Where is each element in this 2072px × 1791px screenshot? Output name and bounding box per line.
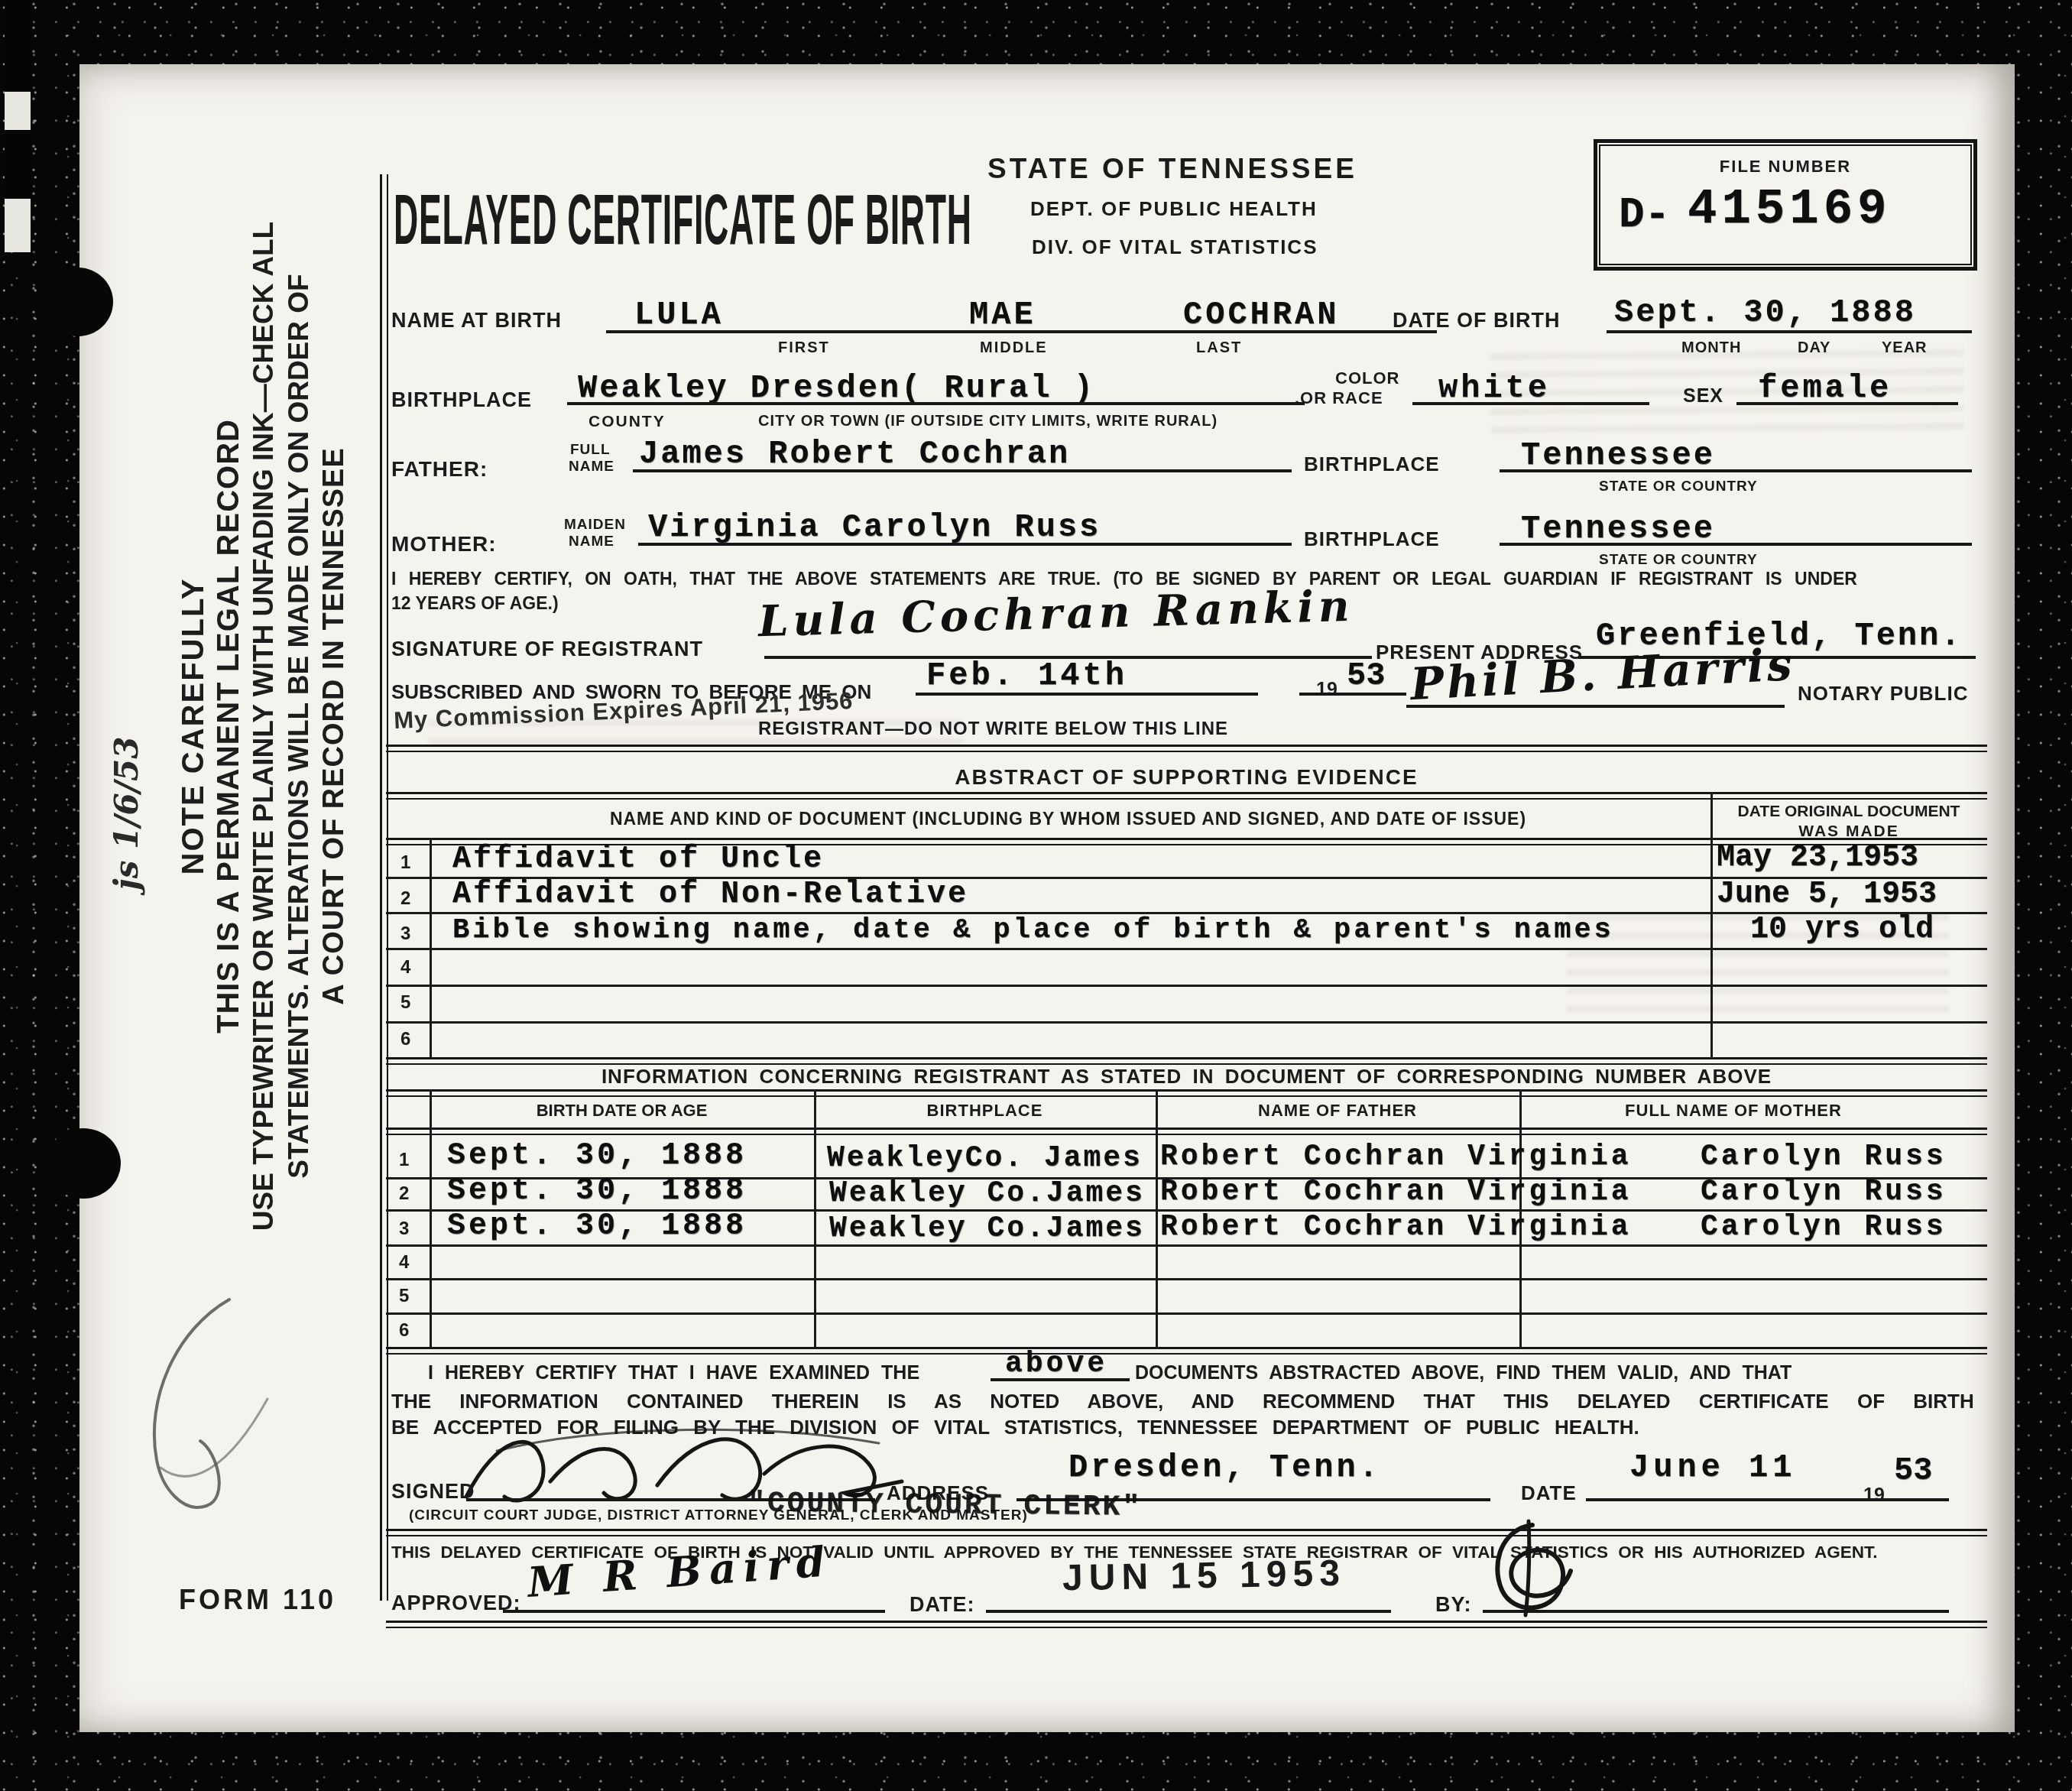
sworn-year-underline	[1299, 693, 1406, 696]
abstract-doc-header: NAME AND KIND OF DOCUMENT (INCLUDING BY …	[428, 809, 1708, 829]
file-number-prefix: D-	[1619, 190, 1670, 239]
abstract-row-num: 1	[400, 852, 410, 874]
approval-divider	[386, 1529, 1987, 1536]
sex-underline	[1736, 402, 1958, 405]
film-edge-mark	[5, 130, 31, 199]
cert-line1-a: I HEREBY CERTIFY THAT I HAVE EXAMINED TH…	[428, 1362, 919, 1384]
info-row-num: 2	[399, 1183, 409, 1205]
file-number-box: FILE NUMBER D- 415169	[1594, 139, 1977, 271]
info-row-mother: Carolyn Russ	[1701, 1211, 1947, 1244]
father-birthplace-label: BIRTHPLACE	[1304, 453, 1440, 476]
middle-sublabel: MIDDLE	[980, 339, 1048, 357]
or-race-label: .OR RACE	[1295, 388, 1383, 408]
approval-date-underline	[986, 1610, 1391, 1613]
last-sublabel: LAST	[1196, 339, 1242, 357]
name-underline	[606, 330, 1437, 333]
info-row-rule	[386, 1244, 1987, 1247]
father-state-sublabel: STATE OR COUNTRY	[1599, 479, 1758, 495]
scanned-birth-certificate: NOTE CAREFULLY THIS IS A PERMANENT LEGAL…	[0, 0, 2072, 1791]
father-name-value: James Robert Cochran	[639, 436, 1070, 472]
info-row-birthplace: WeakleyCo. James	[827, 1142, 1143, 1175]
mother-birthplace-value: Tennessee	[1521, 511, 1715, 547]
info-row-father: Robert Cochran Virginia	[1160, 1176, 1632, 1209]
info-row-num: 6	[399, 1320, 409, 1342]
punch-hole	[46, 1128, 121, 1199]
form-left-border	[380, 174, 388, 1601]
state-heading: STATE OF TENNESSEE	[987, 153, 1357, 185]
oath-line2: 12 YEARS OF AGE.)	[391, 593, 559, 614]
examined-value: above	[1005, 1348, 1107, 1381]
handwritten-checkmark-scribble	[115, 1284, 283, 1529]
abstract-row-num: 2	[400, 888, 410, 910]
mother-label: MOTHER:	[391, 532, 497, 556]
last-name-value: COCHRAN	[1183, 297, 1339, 333]
signed-date-value: June 11	[1629, 1449, 1796, 1486]
cert-line1-b: DOCUMENTS ABSTRACTED ABOVE, FIND THEM VA…	[1135, 1362, 1792, 1384]
dob-value: Sept. 30, 1888	[1614, 294, 1916, 331]
race-underline	[1412, 402, 1649, 405]
father-label: FATHER:	[391, 457, 488, 482]
approval-by-initials-scribble	[1475, 1517, 1590, 1621]
sworn-year-value: 53	[1347, 657, 1385, 694]
punch-hole	[43, 268, 113, 336]
info-number-col-divider	[430, 1089, 432, 1349]
abstract-row-date: May 23,1953	[1717, 841, 1918, 875]
info-row-rule	[386, 1312, 1987, 1315]
signed-date-label: DATE	[1521, 1481, 1577, 1505]
sidebar-note-line: THIS IS A PERMANENT LEGAL RECORD	[211, 128, 246, 1324]
abstract-title: ABSTRACT OF SUPPORTING EVIDENCE	[386, 765, 1987, 790]
father-birthplace-underline	[1500, 469, 1972, 472]
abstract-row-rule	[386, 985, 1987, 987]
abstract-row-num: 3	[400, 923, 410, 945]
file-number-label: FILE NUMBER	[1597, 157, 1973, 177]
info-row-birthdate: Sept. 30, 1888	[447, 1174, 747, 1209]
approved-label: APPROVED:	[391, 1591, 521, 1615]
division-heading: DIV. OF VITAL STATISTICS	[1032, 235, 1318, 259]
father-name-sublabel: NAME	[569, 459, 614, 475]
race-value: white	[1438, 370, 1550, 407]
sidebar-note-line: A COURT OF RECORD IN TENNESSEE	[316, 128, 352, 1324]
bottom-rule	[386, 1621, 1987, 1628]
approval-date-label: DATE:	[910, 1593, 975, 1617]
name-at-birth-label: NAME AT BIRTH	[391, 309, 562, 333]
sidebar-note-line: STATEMENTS. ALTERATIONS WILL BE MADE ONL…	[281, 128, 316, 1324]
section-divider	[386, 745, 1987, 752]
info-col-divider	[814, 1089, 816, 1349]
info-col-header-birthplace: BIRTHPLACE	[814, 1101, 1156, 1121]
abstract-row-num: 6	[400, 1029, 410, 1050]
abstract-bottom-rule	[386, 1057, 1987, 1065]
signed-date-underline	[1586, 1498, 1949, 1501]
info-col-header-birthdate: BIRTH DATE OR AGE	[430, 1101, 814, 1121]
father-name-underline	[633, 469, 1292, 472]
birthplace-label: BIRTHPLACE	[391, 388, 532, 412]
abstract-row-document: Bible showing name, date & place of birt…	[452, 914, 1614, 946]
handwritten-filing-note: js 1/6/53	[108, 692, 145, 891]
abstract-header-top-rule	[386, 792, 1987, 800]
examined-underline	[991, 1378, 1130, 1381]
first-sublabel: FIRST	[778, 339, 830, 357]
info-row-father: Robert Cochran Virginia	[1160, 1211, 1632, 1244]
county-sublabel: COUNTY	[589, 413, 666, 431]
abstract-row-rule	[386, 1021, 1987, 1024]
sworn-date-underline	[916, 693, 1258, 696]
dob-label: DATE OF BIRTH	[1393, 309, 1560, 333]
month-sublabel: MONTH	[1681, 339, 1741, 357]
form-title: DELAYED CERTIFICATE OF BIRTH	[394, 180, 972, 261]
mother-state-sublabel: STATE OR COUNTRY	[1599, 552, 1758, 569]
notary-public-label: NOTARY PUBLIC	[1798, 682, 1968, 706]
birthplace-value: Weakley Dresden( Rural )	[578, 370, 1095, 407]
info-row-birthplace: Weakley Co.James	[829, 1177, 1145, 1210]
info-row-num: 5	[399, 1286, 409, 1307]
abstract-row-num: 4	[400, 957, 410, 978]
abstract-row-num: 5	[400, 992, 410, 1014]
do-not-write-label: REGISTRANT—DO NOT WRITE BELOW THIS LINE	[758, 719, 1228, 740]
sidebar-note-line: NOTE CAREFULLY	[176, 128, 211, 1324]
info-header-top-rule	[386, 1089, 1987, 1097]
registrant-signature-label: SIGNATURE OF REGISTRANT	[391, 638, 703, 661]
mother-birthplace-label: BIRTHPLACE	[1304, 527, 1440, 551]
father-birthplace-value: Tennessee	[1521, 437, 1715, 474]
signed-label: SIGNED	[391, 1480, 475, 1504]
abstract-date-header-1: DATE ORIGINAL DOCUMENT	[1710, 803, 1987, 821]
cert-line2: THE INFORMATION CONTAINED THEREIN IS AS …	[391, 1390, 1974, 1413]
info-bottom-rule	[386, 1347, 1987, 1355]
typed-signer-title: "COUNTY COURT CLERK"	[747, 1487, 1143, 1523]
info-row-mother: Carolyn Russ	[1701, 1140, 1947, 1173]
dept-heading: DEPT. OF PUBLIC HEALTH	[1030, 197, 1318, 221]
mother-name-sublabel: NAME	[569, 534, 614, 550]
info-header-bottom-rule	[386, 1127, 1987, 1135]
middle-name-value: MAE	[969, 297, 1036, 333]
info-col-header-father: NAME OF FATHER	[1156, 1101, 1519, 1121]
signed-address-value: Dresden, Tenn.	[1068, 1449, 1381, 1486]
approval-date-stamp: JUN 15 1953	[1062, 1553, 1347, 1599]
info-col-header-mother: FULL NAME OF MOTHER	[1519, 1101, 1947, 1121]
mother-birthplace-underline	[1500, 543, 1972, 546]
info-row-birthplace: Weakley Co.James	[829, 1212, 1145, 1245]
father-full-sublabel: FULL	[570, 442, 611, 459]
sworn-year-prefix: 19	[1316, 679, 1338, 701]
info-row-num: 1	[399, 1150, 409, 1171]
abstract-row-document: Affidavit of Non-Relative	[452, 878, 968, 912]
mother-name-value: Virginia Carolyn Russ	[648, 509, 1101, 546]
info-row-birthdate: Sept. 30, 1888	[447, 1209, 747, 1244]
approval-by-underline	[1483, 1610, 1949, 1613]
abstract-row-document: Affidavit of Uncle	[452, 842, 824, 877]
info-row-num: 4	[399, 1252, 409, 1273]
info-col-divider	[1156, 1089, 1158, 1349]
sex-value: female	[1758, 370, 1892, 407]
first-name-value: LULA	[634, 297, 724, 333]
sex-label: SEX	[1683, 385, 1723, 407]
city-sublabel: CITY OR TOWN (IF OUTSIDE CITY LIMITS, WR…	[758, 413, 1218, 430]
approval-by-label: BY:	[1435, 1593, 1472, 1617]
notary-signature-underline	[1406, 705, 1785, 708]
signed-year-value: 53	[1894, 1452, 1932, 1489]
film-edge-mark	[5, 0, 31, 92]
color-label: COLOR	[1335, 368, 1399, 388]
sidebar-note: NOTE CAREFULLY THIS IS A PERMANENT LEGAL…	[176, 128, 352, 1324]
info-row-rule	[386, 1278, 1987, 1280]
mother-maiden-sublabel: MAIDEN	[564, 517, 626, 534]
approved-underline	[503, 1610, 885, 1613]
abstract-row-date: June 5, 1953	[1717, 878, 1937, 912]
birthplace-underline	[567, 402, 1305, 405]
ink-bleed-smudge	[1490, 349, 1964, 445]
signed-year-prefix: 19	[1863, 1484, 1885, 1507]
abstract-row-date: 10 yrs old	[1750, 913, 1934, 947]
abstract-date-col-divider	[1710, 792, 1713, 1057]
abstract-row-rule	[386, 948, 1987, 950]
sidebar-note-line: USE TYPEWRITER OR WRITE PLAINLY WITH UNF…	[246, 128, 281, 1324]
form-number: FORM 110	[179, 1584, 336, 1616]
info-row-father: Robert Cochran Virginia	[1160, 1140, 1632, 1173]
day-sublabel: DAY	[1798, 339, 1830, 357]
info-table-title: INFORMATION CONCERNING REGISTRANT AS STA…	[386, 1065, 1987, 1089]
info-row-birthdate: Sept. 30, 1888	[447, 1139, 747, 1173]
info-row-num: 3	[399, 1218, 409, 1240]
sworn-date-value: Feb. 14th	[926, 657, 1127, 694]
year-sublabel: YEAR	[1882, 339, 1928, 357]
dob-underline	[1607, 330, 1972, 333]
file-number-value: 415169	[1688, 183, 1891, 238]
info-row-mother: Carolyn Russ	[1701, 1176, 1947, 1209]
mother-name-underline	[638, 543, 1292, 546]
